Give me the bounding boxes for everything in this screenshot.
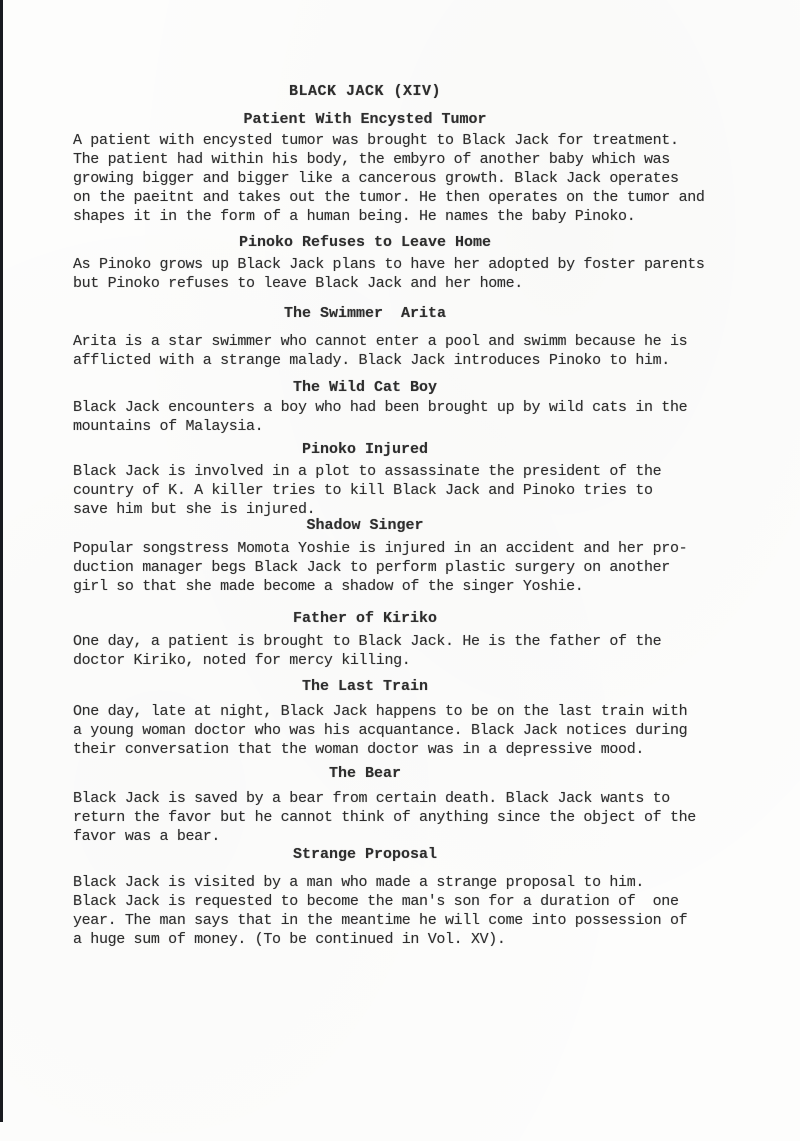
section-heading: Pinoko Injured [0,440,730,459]
section-heading: The Wild Cat Boy [0,378,730,397]
section-paragraph: Black Jack is saved by a bear from certa… [73,789,763,846]
scanned-document-page: BLACK JACK (XIV) Patient With Encysted T… [0,0,800,1141]
section-strange-proposal: Strange Proposal Black Jack is visited b… [0,845,800,949]
section-shadow-singer: Shadow Singer Popular songstress Momota … [0,516,800,596]
section-heading: Strange Proposal [0,845,730,864]
section-paragraph: Black Jack encounters a boy who had been… [73,398,763,436]
section-heading: Shadow Singer [0,516,730,535]
section-paragraph: One day, a patient is brought to Black J… [73,632,763,670]
section-pinoko-refuses-to-leave-home: Pinoko Refuses to Leave Home As Pinoko g… [0,233,800,293]
section-paragraph: Black Jack is involved in a plot to assa… [73,462,763,519]
section-paragraph: As Pinoko grows up Black Jack plans to h… [73,255,763,293]
section-heading: Patient With Encysted Tumor [0,110,730,129]
section-the-wild-cat-boy: The Wild Cat Boy Black Jack encounters a… [0,378,800,436]
section-paragraph: One day, late at night, Black Jack happe… [73,702,763,759]
section-the-last-train: The Last Train One day, late at night, B… [0,677,800,759]
section-paragraph: Black Jack is visited by a man who made … [73,873,763,949]
section-heading: Pinoko Refuses to Leave Home [0,233,730,252]
section-paragraph: Arita is a star swimmer who cannot enter… [73,332,763,370]
section-paragraph: A patient with encysted tumor was brough… [73,131,763,226]
section-heading: The Bear [0,764,730,783]
section-paragraph: Popular songstress Momota Yoshie is inju… [73,539,763,596]
section-patient-with-encysted-tumor: Patient With Encysted Tumor A patient wi… [0,110,800,226]
section-heading: Father of Kiriko [0,609,730,628]
section-the-swimmer-arita: The Swimmer Arita Arita is a star swimme… [0,304,800,370]
section-the-bear: The Bear Black Jack is saved by a bear f… [0,764,800,846]
section-father-of-kiriko: Father of Kiriko One day, a patient is b… [0,609,800,670]
page-title: BLACK JACK (XIV) [0,82,730,101]
section-pinoko-injured: Pinoko Injured Black Jack is involved in… [0,440,800,519]
section-heading: The Last Train [0,677,730,696]
section-heading: The Swimmer Arita [0,304,730,323]
